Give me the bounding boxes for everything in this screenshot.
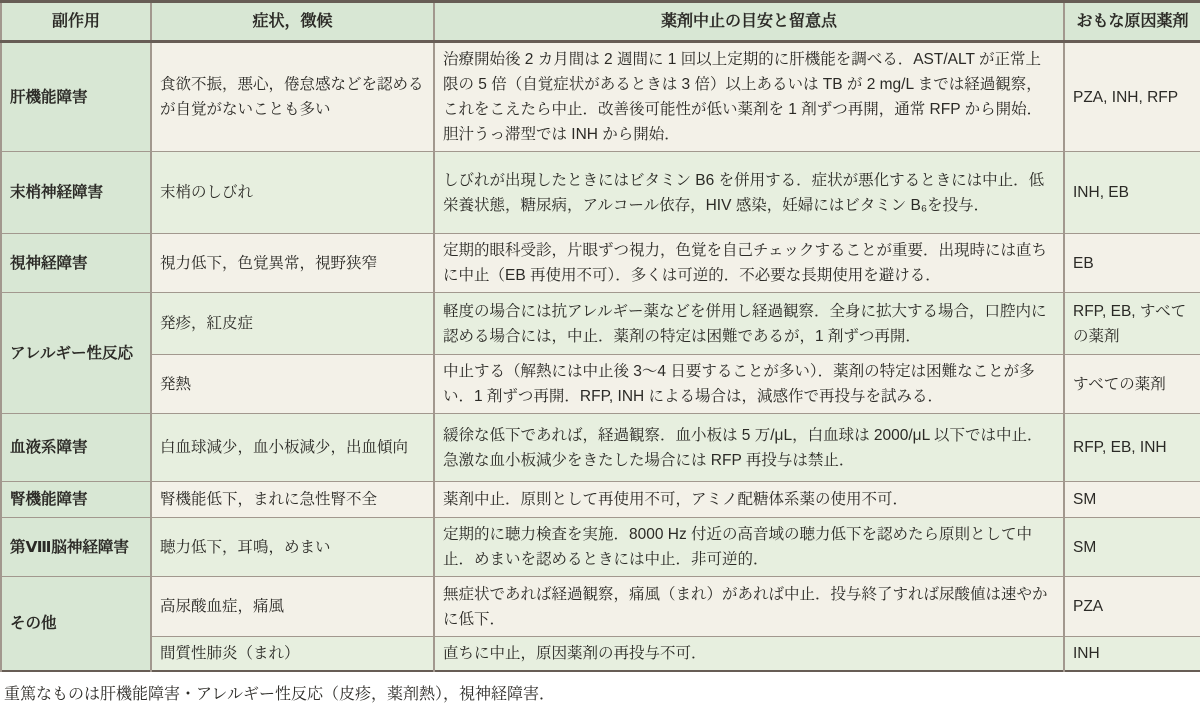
column-header-causative-drugs: おもな原因薬剤	[1064, 2, 1200, 42]
symptoms-cell: 末梢のしびれ	[151, 152, 434, 234]
guidance-cell: 直ちに中止，原因薬剤の再投与不可．	[434, 637, 1064, 672]
column-header-side-effect: 副作用	[1, 2, 151, 42]
severity-footnote: 重篤なものは肝機能障害・アレルギー性反応（皮疹，薬剤熱），視神経障害．	[0, 672, 1200, 706]
symptoms-cell: 発疹，紅皮症	[151, 293, 434, 355]
drugs-cell: すべての薬剤	[1064, 355, 1200, 414]
guidance-cell: しびれが出現したときにはビタミン B6 を併用する．症状が悪化するときには中止．…	[434, 152, 1064, 234]
effect-cell: その他	[1, 577, 151, 672]
effect-cell: 腎機能障害	[1, 482, 151, 518]
symptoms-cell: 白血球減少，血小板減少，出血傾向	[151, 414, 434, 482]
drugs-cell: RFP, EB, すべての薬剤	[1064, 293, 1200, 355]
effect-cell: 血液系障害	[1, 414, 151, 482]
guidance-cell: 中止する（解熱には中止後 3～4 日要することが多い）．薬剤の特定は困難なことが…	[434, 355, 1064, 414]
drugs-cell: EB	[1064, 234, 1200, 293]
table-row: 発熱 中止する（解熱には中止後 3～4 日要することが多い）．薬剤の特定は困難な…	[1, 355, 1200, 414]
table-row: 第Ⅷ脳神経障害 聴力低下，耳鳴，めまい 定期的に聴力検査を実施．8000 Hz …	[1, 518, 1200, 577]
effect-cell: アレルギー性反応	[1, 293, 151, 414]
table-row: 末梢神経障害 末梢のしびれ しびれが出現したときにはビタミン B6 を併用する．…	[1, 152, 1200, 234]
table-row: その他 高尿酸血症，痛風 無症状であれば経過観察，痛風（まれ）があれば中止．投与…	[1, 577, 1200, 637]
guidance-cell: 薬剤中止．原則として再使用不可，アミノ配糖体系薬の使用不可．	[434, 482, 1064, 518]
table-row: 間質性肺炎（まれ） 直ちに中止，原因薬剤の再投与不可． INH	[1, 637, 1200, 672]
symptoms-cell: 視力低下，色覚異常，視野狭窄	[151, 234, 434, 293]
table-row: 肝機能障害 食欲不振，悪心，倦怠感などを認めるが自覚がないことも多い 治療開始後…	[1, 42, 1200, 152]
page: 副作用 症状，徴候 薬剤中止の目安と留意点 おもな原因薬剤 肝機能障害 食欲不振…	[0, 0, 1200, 695]
table-row: 腎機能障害 腎機能低下，まれに急性腎不全 薬剤中止．原則として再使用不可，アミノ…	[1, 482, 1200, 518]
table-row: 視神経障害 視力低下，色覚異常，視野狭窄 定期的眼科受診，片眼ずつ視力，色覚を自…	[1, 234, 1200, 293]
guidance-cell: 軽度の場合には抗アレルギー薬などを併用し経過観察．全身に拡大する場合，口腔内に認…	[434, 293, 1064, 355]
column-header-symptoms: 症状，徴候	[151, 2, 434, 42]
drugs-cell: RFP, EB, INH	[1064, 414, 1200, 482]
guidance-cell: 定期的に聴力検査を実施．8000 Hz 付近の高音域の聴力低下を認めたら原則とし…	[434, 518, 1064, 577]
drugs-cell: INH, EB	[1064, 152, 1200, 234]
effect-cell: 視神経障害	[1, 234, 151, 293]
drugs-cell: INH	[1064, 637, 1200, 672]
guidance-cell: 緩徐な低下であれば，経過観察．血小板は 5 万/μL，白血球は 2000/μL …	[434, 414, 1064, 482]
column-header-guidance: 薬剤中止の目安と留意点	[434, 2, 1064, 42]
symptoms-cell: 聴力低下，耳鳴，めまい	[151, 518, 434, 577]
adverse-effects-table: 副作用 症状，徴候 薬剤中止の目安と留意点 おもな原因薬剤 肝機能障害 食欲不振…	[0, 0, 1200, 672]
guidance-cell: 治療開始後 2 カ月間は 2 週間に 1 回以上定期的に肝機能を調べる．AST/…	[434, 42, 1064, 152]
drugs-cell: SM	[1064, 518, 1200, 577]
table-row: アレルギー性反応 発疹，紅皮症 軽度の場合には抗アレルギー薬などを併用し経過観察…	[1, 293, 1200, 355]
guidance-cell: 無症状であれば経過観察，痛風（まれ）があれば中止．投与終了すれば尿酸値は速やかに…	[434, 577, 1064, 637]
effect-cell: 第Ⅷ脳神経障害	[1, 518, 151, 577]
effect-cell: 肝機能障害	[1, 42, 151, 152]
header-row: 副作用 症状，徴候 薬剤中止の目安と留意点 おもな原因薬剤	[1, 2, 1200, 42]
guidance-cell: 定期的眼科受診，片眼ずつ視力，色覚を自己チェックすることが重要．出現時には直ちに…	[434, 234, 1064, 293]
symptoms-cell: 腎機能低下，まれに急性腎不全	[151, 482, 434, 518]
symptoms-cell: 間質性肺炎（まれ）	[151, 637, 434, 672]
table-row: 血液系障害 白血球減少，血小板減少，出血傾向 緩徐な低下であれば，経過観察．血小…	[1, 414, 1200, 482]
effect-cell: 末梢神経障害	[1, 152, 151, 234]
symptoms-cell: 発熱	[151, 355, 434, 414]
drugs-cell: PZA, INH, RFP	[1064, 42, 1200, 152]
symptoms-cell: 食欲不振，悪心，倦怠感などを認めるが自覚がないことも多い	[151, 42, 434, 152]
drugs-cell: SM	[1064, 482, 1200, 518]
symptoms-cell: 高尿酸血症，痛風	[151, 577, 434, 637]
drugs-cell: PZA	[1064, 577, 1200, 637]
